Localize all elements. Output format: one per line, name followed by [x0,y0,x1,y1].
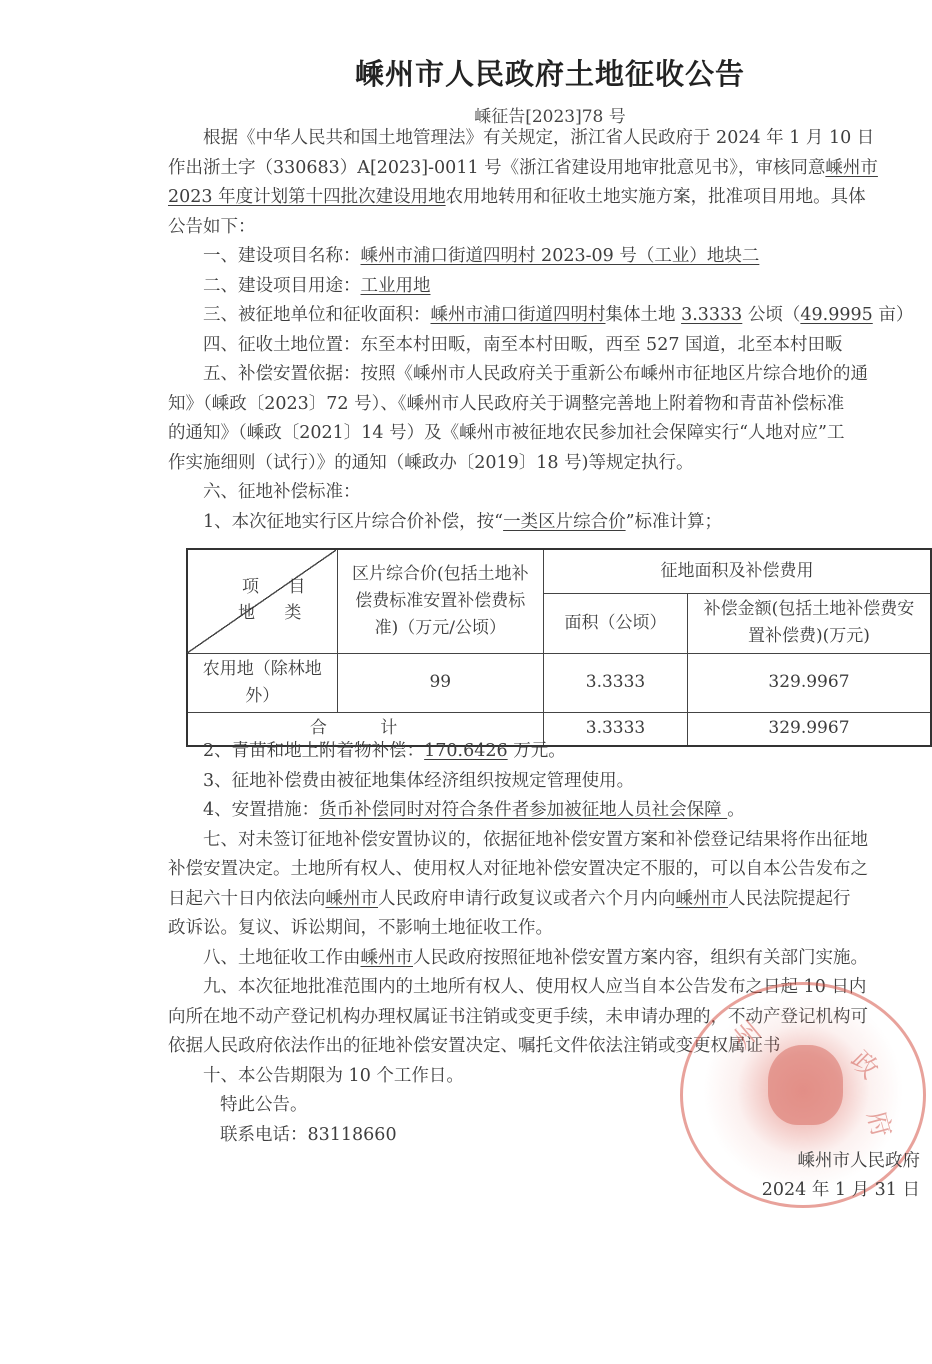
corner-label-item: 项 目 [242,574,317,601]
item-6-sub-1: 1、本次征地实行区片综合价补偿，按“一类区片综合价”标准计算； [168,508,928,538]
item-7-line-3-u2: 嵊州市 [676,889,729,909]
item-7-line-3-c: 人民法院提起行 [728,889,851,909]
sub-4-measure: 货币补偿同时对符合条件者参加被征地人员社会保障 [319,800,727,820]
item-6-heading: 六、征地补偿标准： [168,478,928,508]
item-3-area-ha: 3.3333 [681,305,742,325]
item-5-line-2: 知》（嵊政〔2023〕72 号）、《嵊州市人民政府关于调整完善地上附着物和青苗补… [168,390,928,420]
cell-amount: 329.9967 [687,653,931,712]
intro-line-2-text: 作出浙土字（330683）A[2023]-0011 号《浙江省建设用地审批意见书… [168,158,825,178]
table-row: 农用地（除林地外） 99 3.3333 329.9967 [187,653,931,712]
compensation-table: 项 目 地 类 区片综合价(包括土地补偿费标准安置补偿费标准)（万元/公顷） 征… [186,548,932,747]
item-3-label: 三、被征地单位和征收面积： [203,305,431,325]
cell-price: 99 [337,653,544,712]
cell-land-type: 农用地（除林地外） [187,653,337,712]
item-10: 十、本公告期限为 10 个工作日。 [168,1062,928,1092]
contact-line: 联系电话：83118660 [168,1121,928,1151]
corner-label-landtype: 地 类 [238,600,313,627]
item-4: 四、征收土地位置：东至本村田畈，南至本村田畈，西至 527 国道，北至本村田畈 [168,331,928,361]
col-header-amount: 补偿金额(包括土地补偿费安置补偿费)(万元) [687,593,931,653]
cell-area: 3.3333 [544,653,688,712]
intro-line-4: 公告如下： [168,213,928,243]
sub-2-post: 万元。 [508,741,566,761]
item-1-value: 嵊州市浦口街道四明村 2023-09 号（工业）地块二 [361,246,760,266]
intro-line-3-underlined: 2023 年度计划第十四批次建设用地 [168,187,446,207]
contact-phone: 83118660 [308,1125,397,1145]
item-6-sub-1-post: ”标准计算； [626,512,722,532]
item-8-a: 八、土地征收工作由 [203,948,361,968]
item-3-unit: 嵊州市浦口街道四明村 [431,305,606,325]
item-5-line-3: 的通知》（嵊政〔2021〕14 号）及《嵊州市被征地农民参加社会保障实行“人地对… [168,419,928,449]
item-9-line-1: 九、本次征地批准范围内的土地所有权人、使用权人应当自本公告发布之日起 10 日内 [168,973,928,1003]
closing-text: 特此公告。 [168,1091,928,1121]
item-9-line-2: 向所在地不动产登记机构办理权属证书注销或变更手续，未申请办理的，不动产登记机构可 [168,1003,928,1033]
issuer-name: 嵊州市人民政府 [680,1147,920,1172]
item-3-mu-label: 亩） [873,305,914,325]
item-8-b: 人民政府按照征地补偿安置方案内容，组织有关部门实施。 [413,948,868,968]
item-6-sub-4: 4、安置措施：货币补偿同时对符合条件者参加被征地人员社会保障 。 [168,796,928,826]
item-8: 八、土地征收工作由嵊州市人民政府按照征地补偿安置方案内容，组织有关部门实施。 [168,944,928,974]
intro-line-1: 根据《中华人民共和国土地管理法》有关规定，浙江省人民政府于 2024 年 1 月… [168,124,928,154]
sub-4-post: 。 [727,800,745,820]
intro-line-2-underlined: 嵊州市 [825,158,878,178]
item-7-line-3-a: 日起六十日内依法向 [168,889,326,909]
item-7-line-2: 补偿安置决定。土地所有权人、使用权人对征地补偿安置决定不服的，可以自本公告发布之 [168,855,928,885]
item-2-label: 二、建设项目用途： [203,276,361,296]
col-header-price: 区片综合价(包括土地补偿费标准安置补偿费标准)（万元/公顷） [337,549,544,653]
notice-page: 嵊州市人民政府土地征收公告 嵊征告[2023]78 号 根据《中华人民共和国土地… [0,0,932,1364]
item-6-sub-2: 2、青苗和地上附着物补偿：170.6426 万元。 [168,737,928,767]
col-header-area: 面积（公顷） [544,593,688,653]
item-7-line-4: 政诉讼。复议、诉讼期间，不影响土地征收工作。 [168,914,928,944]
issue-date: 2024 年 1 月 31 日 [680,1176,920,1201]
intro-line-2: 作出浙土字（330683）A[2023]-0011 号《浙江省建设用地审批意见书… [168,154,928,184]
item-8-u: 嵊州市 [361,948,414,968]
item-6-sub-3: 3、征地补偿费由被征地集体经济组织按规定管理使用。 [168,767,928,797]
item-3-mid: 集体土地 [606,305,682,325]
sub-2-amount: 170.6426 [424,741,508,761]
item-5-line-1: 五、补偿安置依据：按照《嵊州市人民政府关于重新公布嵊州市征地区片综合地价的通 [168,360,928,390]
item-5-line-4: 作实施细则（试行）》的通知（嵊政办〔2019〕18 号)等规定执行。 [168,449,928,479]
col-group-header: 征地面积及补偿费用 [544,549,931,593]
contact-label: 联系电话： [220,1125,308,1145]
document-title: 嵊州市人民政府土地征收公告 [0,52,932,93]
item-7-line-1: 七、对未签订征地补偿安置协议的，依据征地补偿安置方案和补偿登记结果将作出征地 [168,826,928,856]
item-9-line-3: 依据人民政府依法作出的征地补偿安置决定、嘱托文件依法注销或变更权属证书 [168,1032,928,1062]
item-6-sub-1-underlined: 一类区片综合价 [503,512,626,532]
intro-line-3-text: 农用地转用和征收土地实施方案，批准项目用地。具体 [446,187,866,207]
item-7-line-3: 日起六十日内依法向嵊州市人民政府申请行政复议或者六个月内向嵊州市人民法院提起行 [168,885,928,915]
item-1-label: 一、建设项目名称： [203,246,361,266]
sub-4-pre: 4、安置措施： [203,800,319,820]
sub-2-pre: 2、青苗和地上附着物补偿： [203,741,424,761]
table-corner-cell: 项 目 地 类 [187,549,337,653]
item-3-ha-label: 公顷（ [742,305,800,325]
item-3-area-mu: 49.9995 [800,305,872,325]
intro-line-3: 2023 年度计划第十四批次建设用地农用地转用和征收土地实施方案，批准项目用地。… [168,183,928,213]
post-table-paragraphs: 2、青苗和地上附着物补偿：170.6426 万元。 3、征地补偿费由被征地集体经… [168,737,928,1150]
item-7-line-3-b: 人民政府申请行政复议或者六个月内向 [378,889,676,909]
item-1: 一、建设项目名称：嵊州市浦口街道四明村 2023-09 号（工业）地块二 [168,242,928,272]
item-7-line-3-u1: 嵊州市 [326,889,379,909]
item-3: 三、被征地单位和征收面积：嵊州市浦口街道四明村集体土地 3.3333 公顷（49… [168,301,928,331]
intro-paragraph: 根据《中华人民共和国土地管理法》有关规定，浙江省人民政府于 2024 年 1 月… [168,124,928,537]
item-2-value: 工业用地 [361,276,431,296]
item-2: 二、建设项目用途：工业用地 [168,272,928,302]
item-6-sub-1-pre: 1、本次征地实行区片综合价补偿，按“ [203,512,503,532]
